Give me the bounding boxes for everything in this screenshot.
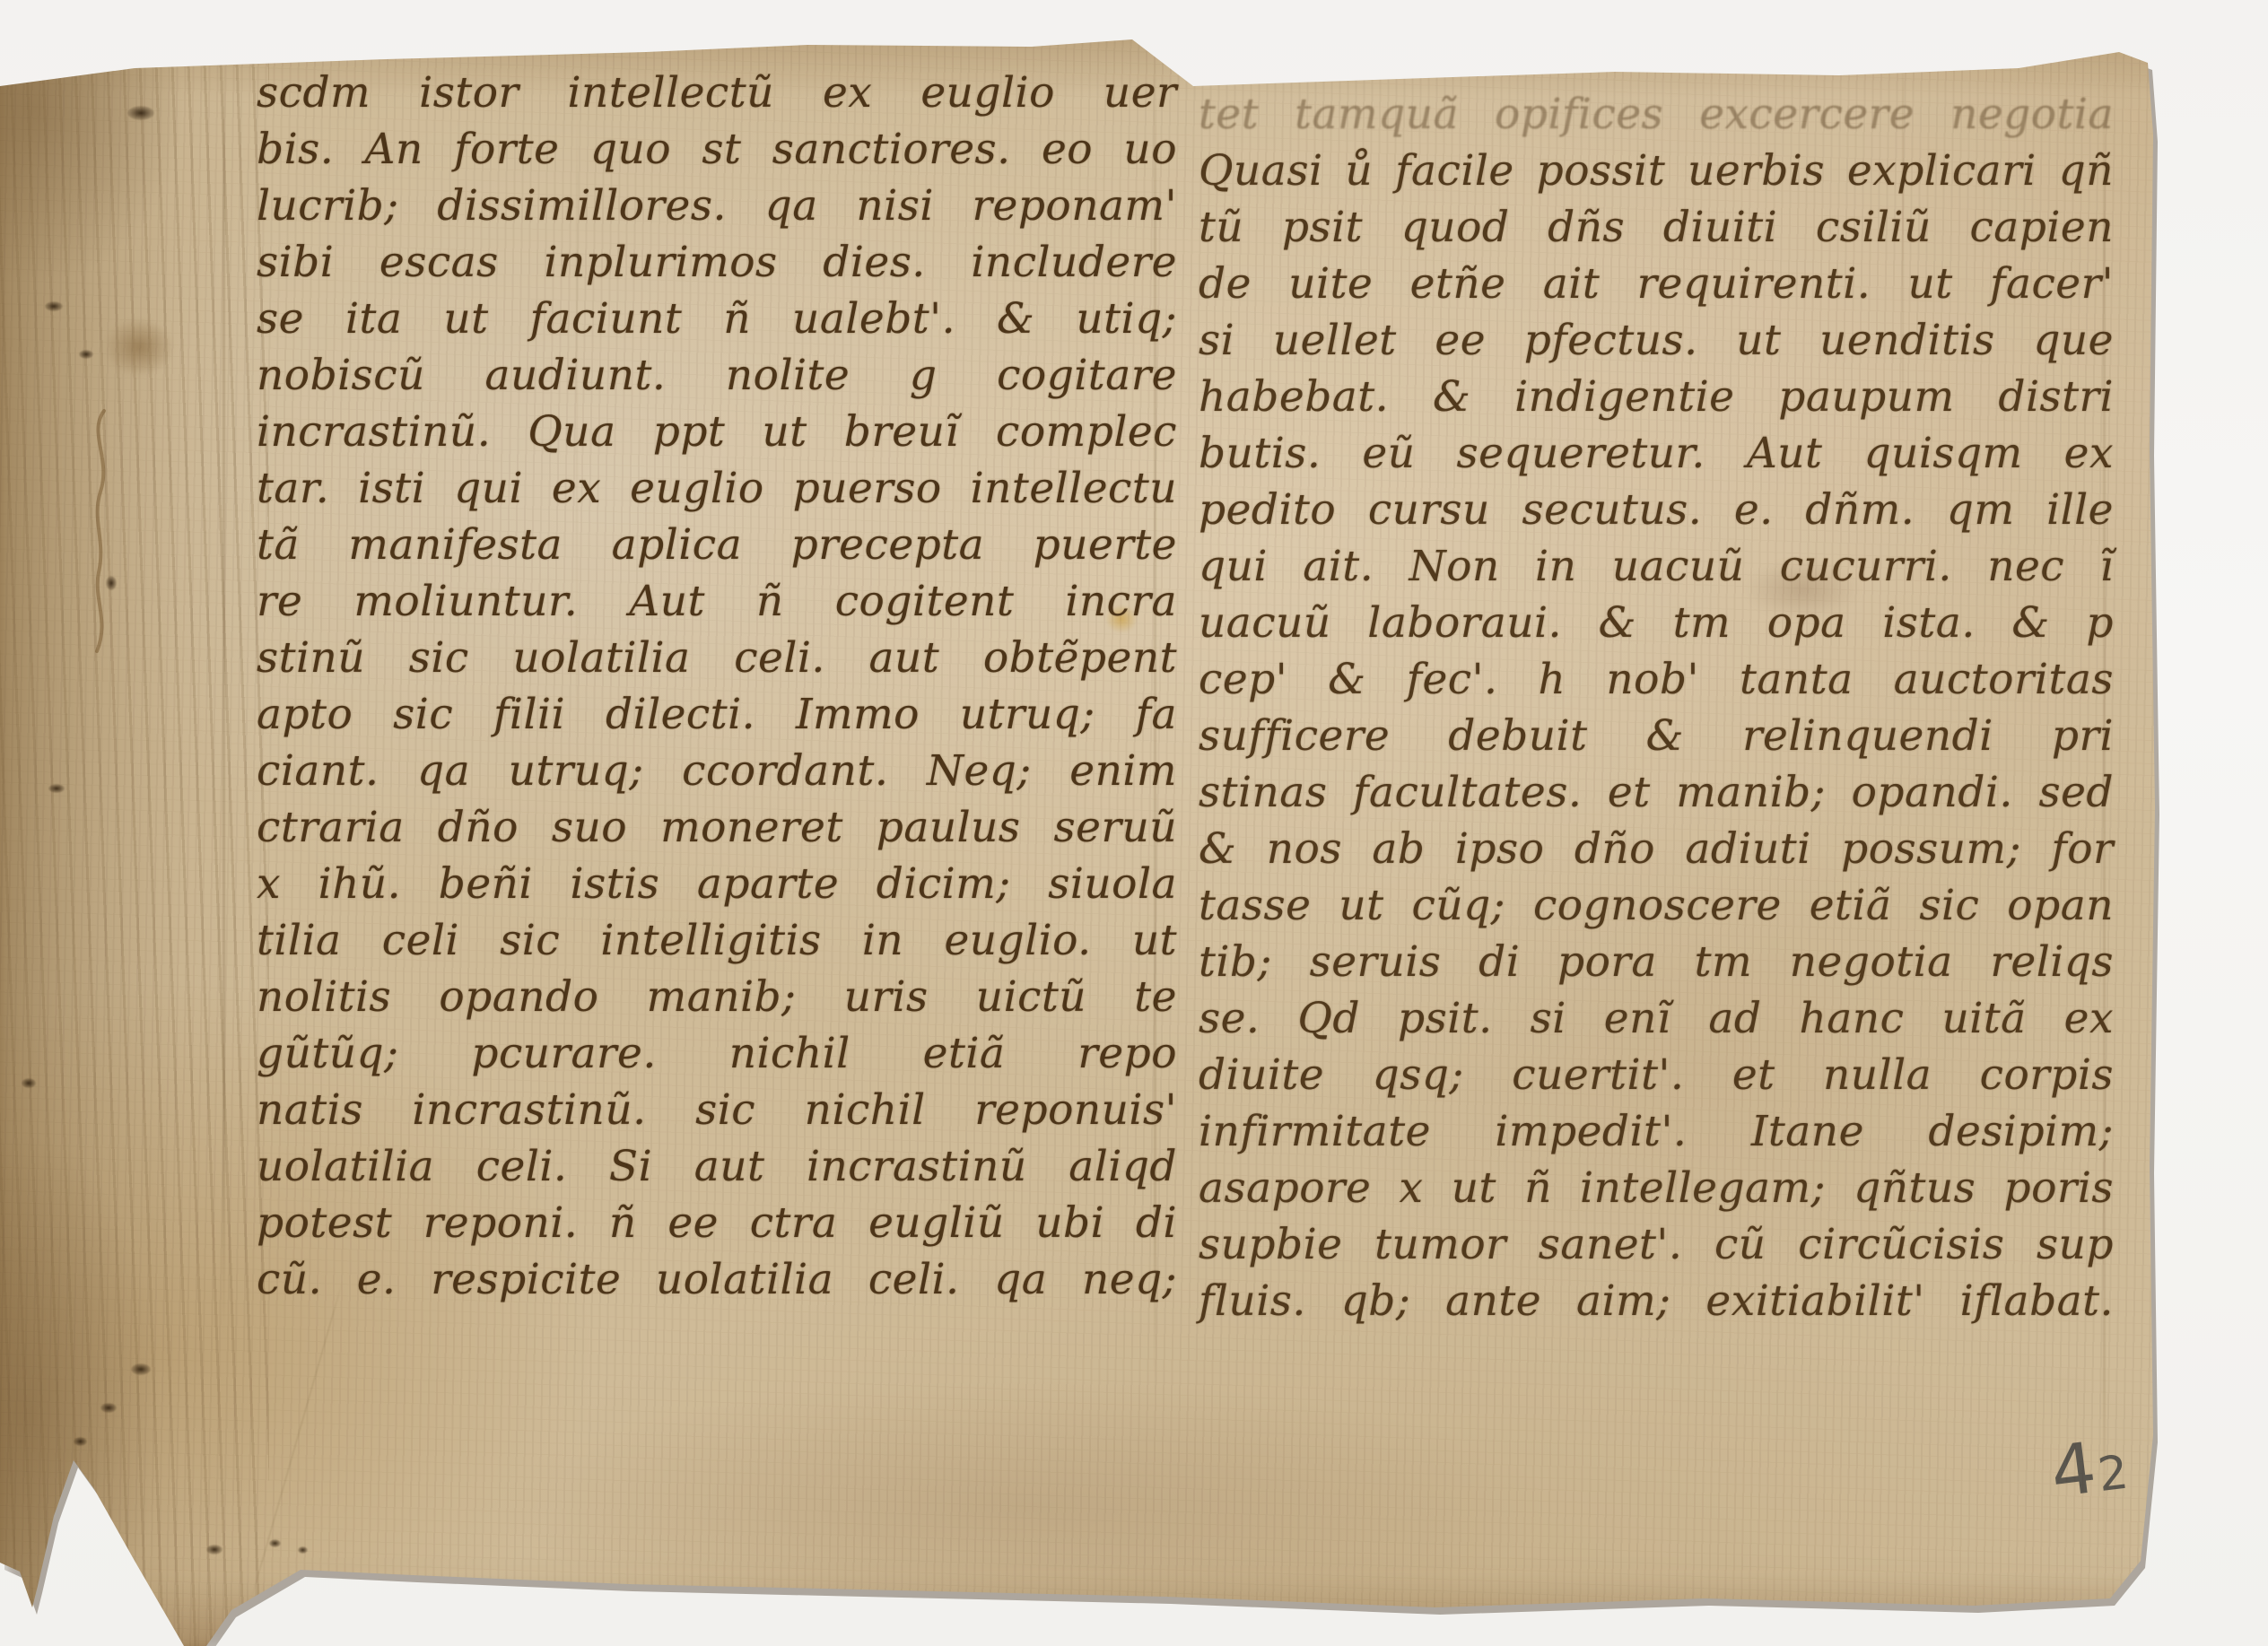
worm-hole — [269, 1539, 281, 1547]
manuscript-line: gũtũq; pcurare. nichil etiã repo — [257, 1025, 1177, 1082]
manuscript-line: sufficere debuit & relinquendi pri — [1199, 708, 2114, 764]
stitching-hole — [48, 784, 65, 793]
manuscript-line: sibi escas inplurimos dies. includere — [257, 234, 1177, 291]
manuscript-line: potest reponi. ñ ee ctra eugliũ ubi di — [257, 1195, 1177, 1251]
worm-hole — [206, 1545, 222, 1555]
manuscript-line: lucrib; dissimillores. qa nisi reponam' — [257, 178, 1177, 234]
manuscript-line: cũ. e. respicite uolatilia celi. qa neq; — [257, 1251, 1177, 1308]
manuscript-line: nobiscũ audiunt. nolite g cogitare — [257, 347, 1177, 404]
manuscript-line: diuite qsq; cuertit'. et nulla corpis — [1199, 1047, 2114, 1103]
scan-background: scdm istor intellectũ ex euglio uerbis. … — [0, 0, 2268, 1646]
binding-thread — [106, 319, 172, 375]
stitching-hole — [74, 1437, 87, 1446]
manuscript-line: stinas facultates. et manib; opandi. sed — [1199, 764, 2114, 821]
crease-line — [250, 1280, 344, 1599]
manuscript-line: infirmitate impedit'. Itane desipim; — [1199, 1103, 2114, 1160]
manuscript-line: nolitis opando manib; uris uictũ te — [257, 969, 1177, 1025]
manuscript-line: ciant. qa utruq; ccordant. Neq; enim — [257, 743, 1177, 799]
manuscript-line: pedito cursu secutus. e. dñm. qm ille — [1199, 482, 2114, 538]
manuscript-line: tũ psit quod dñs diuiti csiliũ capien — [1199, 199, 2114, 256]
manuscript-line: tã manifesta aplica precepta puerte — [257, 517, 1177, 573]
parchment-leaf: scdm istor intellectũ ex euglio uerbis. … — [0, 0, 2268, 1646]
stitching-hole — [45, 301, 63, 311]
manuscript-line: habebat. & indigentie paupum distri — [1199, 369, 2114, 425]
manuscript-line: uacuũ laboraui. & tm opa ista. & p — [1199, 595, 2114, 651]
manuscript-line: tet tamquã opifices excercere negotia — [1199, 86, 2114, 143]
manuscript-line: qui ait. Non in uacuũ cucurri. nec ĩ — [1199, 538, 2114, 595]
manuscript-line: tilia celi sic intelligitis in euglio. u… — [257, 912, 1177, 969]
text-column-right: tet tamquã opifices excercere negotiaQua… — [1199, 86, 2114, 1329]
manuscript-line: supbie tumor sanet'. cũ circũcisis sup — [1199, 1216, 2114, 1273]
manuscript-line: tasse ut cũq; cognoscere etiã sic opan — [1199, 877, 2114, 934]
manuscript-line: ctraria dño suo moneret paulus seruũ — [257, 799, 1177, 856]
manuscript-line: incrastinũ. Qua ppt ut breuĩ complec — [257, 404, 1177, 460]
stitching-hole — [100, 1403, 117, 1413]
manuscript-line: se. Qd psit. si enĩ ad hanc uitã ex — [1199, 990, 2114, 1047]
ruling-line — [222, 54, 225, 1337]
manuscript-line: uolatilia celi. Si aut incrastinũ aliqd — [257, 1138, 1177, 1195]
manuscript-line: bis. An forte quo st sanctiores. eo uo — [257, 121, 1177, 178]
manuscript-line: natis incrastinũ. sic nichil reponuis' — [257, 1082, 1177, 1138]
folio-number: 42 — [2046, 1416, 2199, 1514]
manuscript-line: & nos ab ipso dño adiuti possum; for — [1199, 821, 2114, 877]
manuscript-line: re moliuntur. Aut ñ cogitent incra — [257, 573, 1177, 630]
worm-hole — [298, 1546, 308, 1554]
manuscript-line: stinũ sic uolatilia celi. aut obtẽpent — [257, 630, 1177, 686]
manuscript-line: tar. isti qui ex euglio puerso intellect… — [257, 460, 1177, 517]
manuscript-line: scdm istor intellectũ ex euglio uer — [257, 65, 1177, 121]
manuscript-line: x ihũ. beñi istis aparte dicim; siuola — [257, 856, 1177, 912]
manuscript-line: asapore x ut ñ intellegam; qñtus poris — [1199, 1160, 2114, 1216]
manuscript-line: apto sic filii dilecti. Immo utruq; fa — [257, 686, 1177, 743]
stitching-hole — [127, 106, 154, 120]
manuscript-line: butis. eũ sequeretur. Aut quisqm ex — [1199, 425, 2114, 482]
manuscript-line: Quasi ů facile possit uerbis explicari q… — [1199, 143, 2114, 199]
manuscript-line: se ita ut faciunt ñ ualebt'. & utiq; — [257, 291, 1177, 347]
stitching-hole — [79, 350, 93, 359]
manuscript-line: de uite etñe ait requirenti. ut facer' — [1199, 256, 2114, 312]
binding-edge — [0, 0, 269, 1646]
stitching-hole — [131, 1363, 151, 1375]
manuscript-line: tib; seruis di pora tm negotia reliqs — [1199, 934, 2114, 990]
text-column-left: scdm istor intellectũ ex euglio uerbis. … — [257, 65, 1177, 1308]
manuscript-line: cep' & fec'. h nob' tanta auctoritas — [1199, 651, 2114, 708]
manuscript-line: si uellet ee pfectus. ut uenditis que — [1199, 312, 2114, 369]
margin-mark — [70, 405, 133, 657]
stitching-hole — [22, 1078, 36, 1088]
manuscript-line: fluis. qb; ante aim; exitiabilit' iflaba… — [1199, 1273, 2114, 1329]
